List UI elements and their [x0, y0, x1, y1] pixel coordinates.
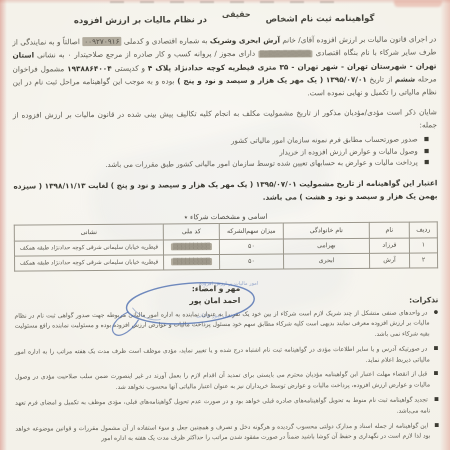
- col-last-name: نام خانوادگی: [283, 222, 369, 239]
- document-content: گواهینامه ثبت نام اشخاص حقیقی در نظام ما…: [0, 0, 450, 450]
- col-national-id: کد ملی: [163, 223, 219, 239]
- title-part1: گواهینامه ثبت نام اشخاص: [266, 14, 375, 25]
- cell-row-number: ۲: [409, 252, 437, 267]
- cell-national-id: ▒▒▒▒▒▒▒▒▒: [163, 254, 219, 269]
- obligation-text: پرداخت مالیات و عوارض به حسابهای تعیین ش…: [105, 158, 418, 168]
- intro-seg: از تاریخ: [369, 75, 392, 84]
- obligations-lead: شایان ذکر است مؤدی/مؤدیان مذکور از تاریخ…: [13, 105, 437, 134]
- national-id-redacted: ▒▒▒▒▒▒▒▒▒: [171, 243, 212, 250]
- remark-text: در صورتیکه آدرس و یا سایر اطلاعات مؤدی د…: [15, 345, 430, 363]
- cell-last-name: ابحری: [283, 253, 369, 269]
- remark-item: ■ این گواهینامه از جمله اسناد و مدارک دو…: [15, 420, 439, 446]
- cell-share: ۵۰: [219, 254, 283, 270]
- square-bullet-icon: ■: [434, 345, 439, 351]
- stamp-and-signature-area: امور مالیات بر ارزش افزوده مهر و امضاء: …: [98, 277, 268, 340]
- remark-item: ■ در صورتیکه آدرس و یا سایر اطلاعات مؤدی…: [15, 343, 439, 369]
- validity-seg: اعتبار این گواهینامه از تاریخ مشمولیت: [299, 178, 437, 188]
- round-bullet-icon: ●: [434, 309, 439, 315]
- certificate-title: گواهینامه ثبت نام اشخاص حقیقی در نظام ما…: [12, 12, 436, 27]
- cell-row-number: ۱: [409, 237, 437, 252]
- validity-to-date: ۱۳۹۸/۱۱/۱۳: [45, 181, 86, 190]
- scan-edge-left: [0, 0, 7, 450]
- validity-paragraph: اعتبار این گواهینامه از تاریخ مشمولیت ۱۳…: [13, 176, 437, 205]
- validity-seg: لغایت: [88, 180, 108, 189]
- title-person-type: حقیقی: [210, 9, 263, 20]
- obligations-list: ■ صدور صورتحساب مطابق فرم نمونه سازمان ا…: [13, 134, 437, 172]
- col-share: میزان سهم‌الشرکه: [219, 223, 283, 240]
- col-first-name: نام: [369, 222, 409, 238]
- obligation-text: صدور صورتحساب مطابق فرم نمونه سازمان امو…: [231, 135, 418, 144]
- postal-code: ۱۹۳۸۸۶۴۰۰۴: [67, 64, 112, 73]
- remark-text: تجدید گواهینامه ثبت نام منوط به تحویل گو…: [15, 396, 430, 414]
- remark-text: این گواهینامه از جمله اسناد و مدارک دولت…: [15, 422, 430, 442]
- cell-last-name: بهرامی: [283, 238, 369, 254]
- obligation-item: ■ پرداخت مالیات و عوارض به حسابهای تعیین…: [13, 157, 429, 172]
- scan-edge-right: [440, 0, 450, 450]
- scanned-certificate-page: گواهینامه ثبت نام اشخاص حقیقی در نظام ما…: [0, 0, 450, 450]
- business-name-redacted: ▒▒▒▒▒▒▒▒▒▒▒: [258, 50, 313, 57]
- scan-edge-top: [0, 0, 450, 4]
- cell-share: ۵۰: [219, 239, 283, 255]
- taxpayer-name: آرش ابحری وشریک: [210, 36, 280, 46]
- cell-address: قیطریه خیابان سلیمانی شرقی کوچه حدادنژاد…: [15, 254, 164, 270]
- square-bullet-icon: ■: [424, 148, 429, 154]
- col-row-number: ردیف: [409, 221, 437, 237]
- validity-from-date: ۱۳۹۵/۰۷/۰۱: [256, 179, 297, 188]
- intro-seg: و کدپستی: [114, 64, 145, 73]
- square-bullet-icon: ■: [434, 396, 439, 402]
- remark-item: ■ قبل از انقضاء مهلت اعتبار این گواهینام…: [15, 369, 439, 395]
- square-bullet-icon: ■: [424, 159, 429, 165]
- intro-seg: در اجرای قانون مالیات بر ارزش افزوده آقا…: [282, 34, 436, 44]
- intro-seg: به شماره اقتصادی و کدملی: [124, 36, 208, 46]
- inclusion-date-words: ( یک مهر یک هزار و سیصد و نود و پنج ): [177, 75, 323, 85]
- intro-seg: دارای مجوز / پروانه کسب و کار صادره از م…: [37, 49, 255, 60]
- national-id-redacted: ▒▒▒▒▒▒▒▒▒: [171, 258, 212, 265]
- cell-first-name: آرش: [369, 253, 409, 268]
- cell-first-name: فرزاد: [369, 238, 409, 253]
- stamp-oval-icon: [98, 277, 268, 340]
- remark-text: قبل از انقضاء مهلت اعتبار این گواهینامه …: [15, 371, 430, 391]
- title-part2: در نظام مالیات بر ارزش افزوده: [74, 15, 207, 26]
- intro-paragraph: در اجرای قانون مالیات بر ارزش افزوده آقا…: [12, 32, 437, 101]
- col-address: نشانی: [14, 223, 163, 240]
- validity-from-words: ( یک مهر یک هزار و سیصد و نود و پنج ): [111, 179, 254, 189]
- remark-item: ■ تجدید گواهینامه ثبت نام منوط به تحویل …: [15, 394, 439, 420]
- square-bullet-icon: ■: [434, 371, 439, 377]
- cell-address: قیطریه خیابان سلیمانی شرقی کوچه حدادنژاد…: [14, 239, 163, 255]
- scan-corner-smudge: [394, 0, 442, 7]
- square-bullet-icon: ■: [434, 422, 439, 428]
- table-row: ۲ آرش ابحری ۵۰ ▒▒▒▒▒▒▒▒▒ قیطریه خیابان س…: [15, 252, 438, 270]
- national-code-redacted: ۰۰۹۲۷۰۹۱۶: [82, 37, 121, 46]
- callout-stage: ششم: [395, 75, 415, 84]
- obligation-text: وصول مالیات و عوارض ارزش افزوده از خریدا…: [279, 147, 418, 156]
- cell-national-id: ▒▒▒▒▒▒▒▒▒: [163, 239, 219, 254]
- square-bullet-icon: ■: [424, 136, 429, 142]
- partners-table: ردیف نام نام خانوادگی میزان سهم‌الشرکه ک…: [14, 221, 438, 271]
- inclusion-date: ۱۳۹۵/۰۷/۰۱: [326, 75, 367, 84]
